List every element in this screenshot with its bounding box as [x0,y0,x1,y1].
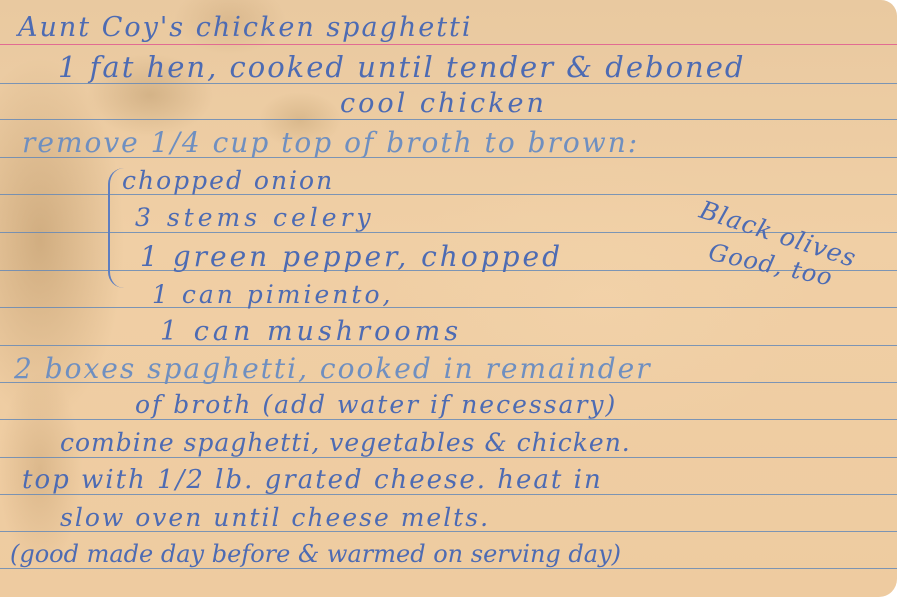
blue-rule [0,568,897,569]
recipe-line-spaghetti: 2 boxes spaghetti, cooked in remainder [14,352,652,385]
ingredient-onion: chopped onion [122,166,334,195]
recipe-line-slow-oven: slow oven until cheese melts. [60,503,490,532]
blue-rule [0,457,897,458]
recipe-line-combine: combine spaghetti, vegetables & chicken. [60,428,631,457]
ingredient-green-pepper: 1 green pepper, chopped [140,240,563,273]
blue-rule [0,119,897,120]
recipe-title: Aunt Coy's chicken spaghetti [18,12,473,43]
blue-rule [0,419,897,420]
recipe-line-note: (good made day before & warmed on servin… [10,540,621,568]
recipe-card: Aunt Coy's chicken spaghetti 1 fat hen, … [0,0,897,597]
recipe-line-cheese: top with 1/2 lb. grated cheese. heat in [22,465,603,495]
red-margin-rule [0,44,897,45]
blue-rule [0,307,897,308]
recipe-line-hen: 1 fat hen, cooked until tender & deboned [58,50,745,84]
recipe-line-cool-chicken: cool chicken [340,88,547,119]
recipe-line-broth: of broth (add water if necessary) [135,390,617,419]
ingredient-pimiento: 1 can pimiento, [152,280,393,309]
ingredient-celery: 3 stems celery [135,203,375,232]
ingredient-mushrooms: 1 can mushrooms [160,316,462,347]
recipe-line-remove-broth: remove 1/4 cup top of broth to brown: [22,126,639,159]
